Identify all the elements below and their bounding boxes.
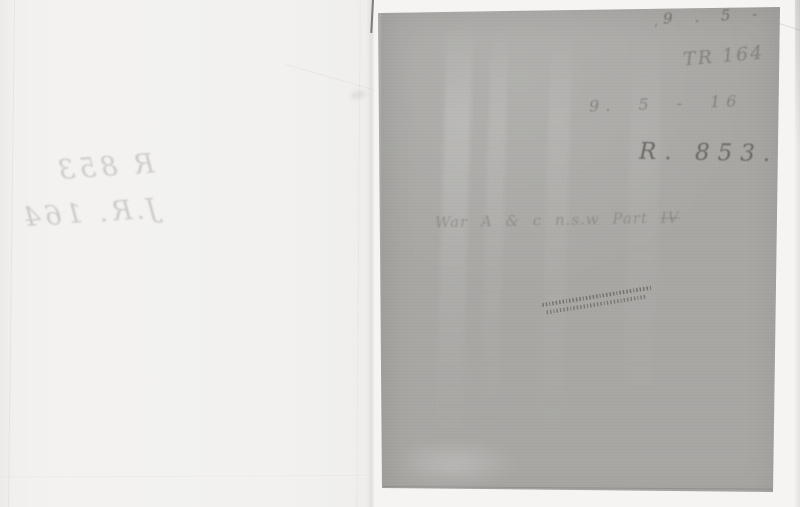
pencil-smudge: [349, 89, 366, 100]
faint-title-part: Part: [612, 209, 648, 228]
scan-corner-shade: [795, 0, 800, 150]
page-edge-line: [8, 0, 15, 507]
document-page: 9 . 5 - 16 ʹ TR 164 9. 5 - 16 R. 853. Wa…: [377, 0, 784, 507]
horizontal-crease: [0, 475, 372, 479]
showthrough-text: R 853 J.R. 164: [23, 142, 159, 241]
showthrough-line-2: J.R. 164: [26, 186, 159, 240]
left-blank-page: R 853 J.R. 164: [0, 0, 374, 507]
inscription-registry-number: R. 853.: [639, 139, 779, 167]
edge-vignette: [381, 4, 780, 503]
faint-title-text: War A & c n.s.w: [435, 210, 600, 231]
scanned-folio: R 853 J.R. 164 9 . 5 - 16 ʹ TR 164 9. 5 …: [0, 0, 800, 507]
gutter-crease: [356, 0, 361, 507]
faint-title-volume: IV: [661, 208, 680, 226]
diagonal-crease: [286, 64, 375, 90]
